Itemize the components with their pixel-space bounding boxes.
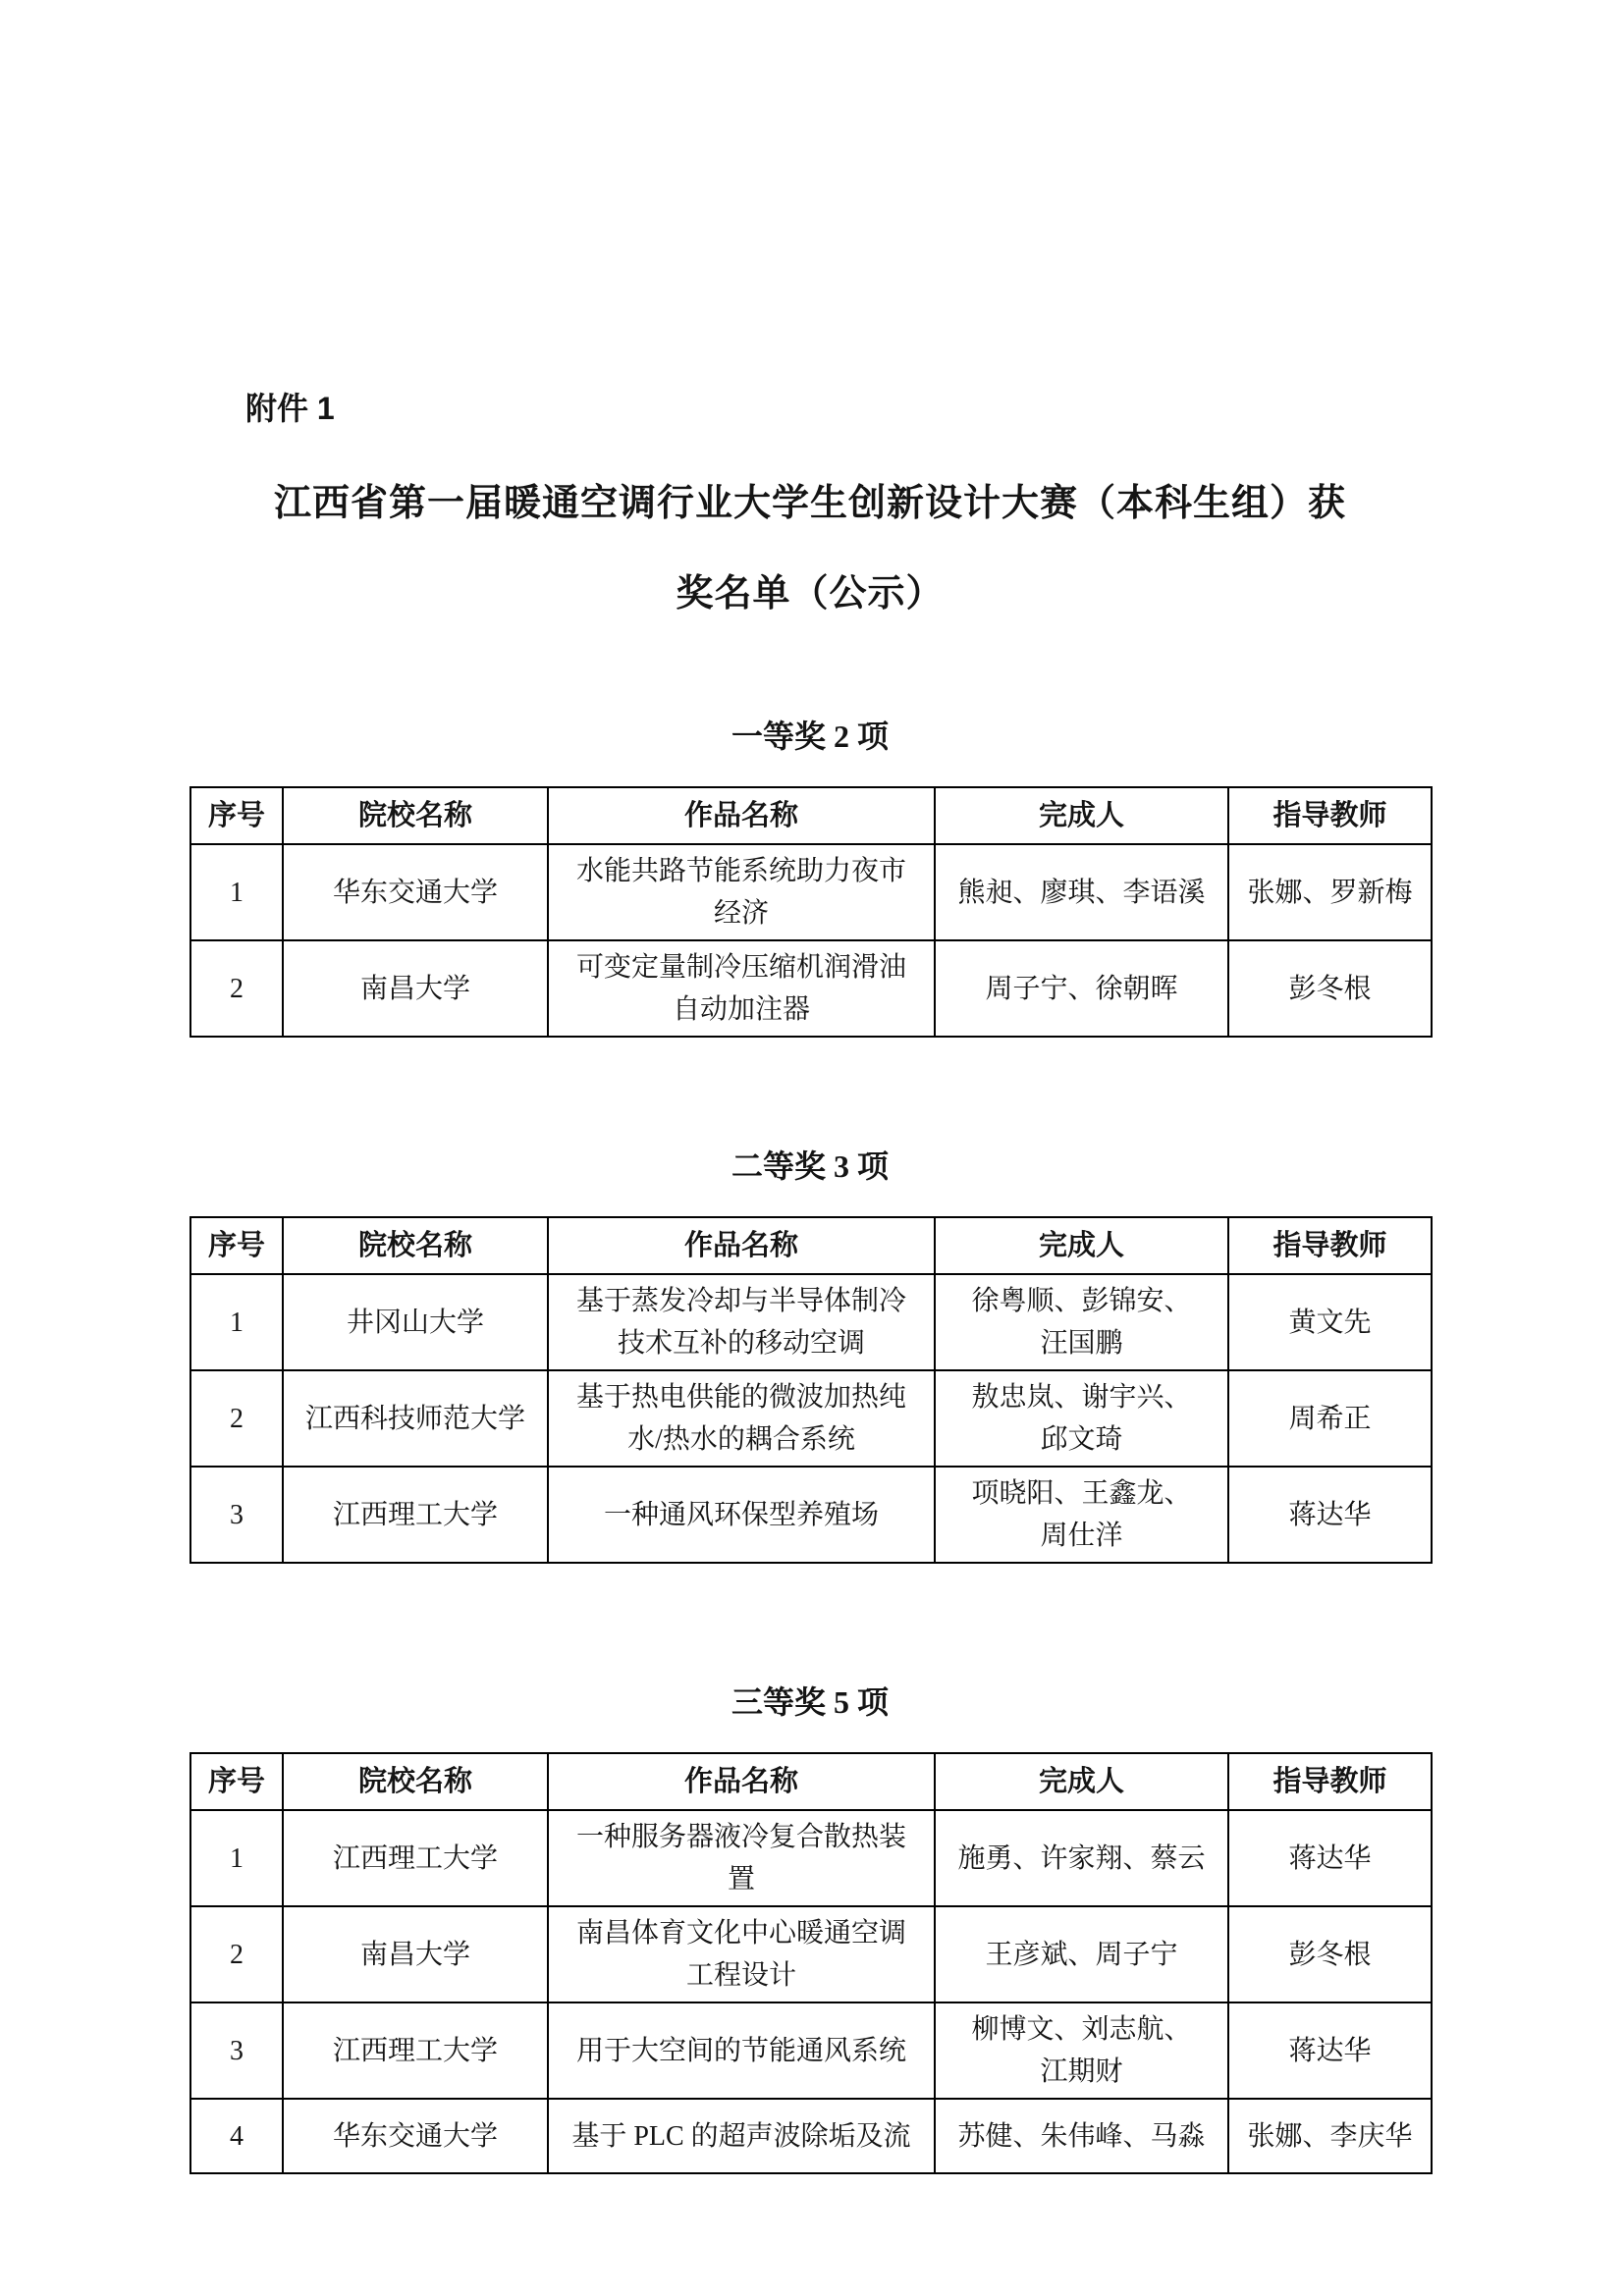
- cell-members: 王彦斌、周子宁: [935, 1906, 1228, 2002]
- table-header-row: 序号 院校名称 作品名称 完成人 指导教师: [190, 1753, 1432, 1810]
- cell-school: 南昌大学: [283, 940, 548, 1037]
- cell-work: 基于 PLC 的超声波除垢及流: [548, 2099, 935, 2173]
- cell-teachers: 张娜、李庆华: [1228, 2099, 1432, 2173]
- third-prize-table: 序号 院校名称 作品名称 完成人 指导教师 1 江西理工大学 一种服务器液冷复合…: [189, 1752, 1433, 2174]
- cell-members: 施勇、许家翔、蔡云: [935, 1810, 1228, 1906]
- cell-school: 江西理工大学: [283, 1467, 548, 1563]
- col-header-teachers: 指导教师: [1228, 1217, 1432, 1274]
- document-title: 江西省第一届暖通空调行业大学生创新设计大赛（本科生组）获 奖名单（公示）: [189, 458, 1431, 639]
- cell-members: 柳博文、刘志航、 江期财: [935, 2002, 1228, 2099]
- col-header-members: 完成人: [935, 787, 1228, 844]
- table-row: 4 华东交通大学 基于 PLC 的超声波除垢及流 苏健、朱伟峰、马淼 张娜、李庆…: [190, 2099, 1432, 2173]
- cell-members: 徐粤顺、彭锦安、 汪国鹏: [935, 1274, 1228, 1370]
- cell-school: 江西科技师范大学: [283, 1370, 548, 1467]
- cell-school: 井冈山大学: [283, 1274, 548, 1370]
- cell-index: 2: [190, 1370, 283, 1467]
- col-header-index: 序号: [190, 1217, 283, 1274]
- cell-work: 南昌体育文化中心暖通空调 工程设计: [548, 1906, 935, 2002]
- cell-teachers: 周希正: [1228, 1370, 1432, 1467]
- document-title-line-2: 奖名单（公示）: [189, 549, 1431, 639]
- cell-teachers: 蒋达华: [1228, 1810, 1432, 1906]
- section-heading-third-prize: 三等奖 5 项: [189, 1680, 1431, 1725]
- cell-index: 2: [190, 1906, 283, 2002]
- col-header-members: 完成人: [935, 1753, 1228, 1810]
- cell-school: 江西理工大学: [283, 1810, 548, 1906]
- cell-index: 1: [190, 844, 283, 940]
- table-row: 2 江西科技师范大学 基于热电供能的微波加热纯 水/热水的耦合系统 敖忠岚、谢宇…: [190, 1370, 1432, 1467]
- col-header-work: 作品名称: [548, 787, 935, 844]
- cell-teachers: 彭冬根: [1228, 1906, 1432, 2002]
- table-header-row: 序号 院校名称 作品名称 完成人 指导教师: [190, 1217, 1432, 1274]
- cell-work: 基于热电供能的微波加热纯 水/热水的耦合系统: [548, 1370, 935, 1467]
- cell-work: 基于蒸发冷却与半导体制冷 技术互补的移动空调: [548, 1274, 935, 1370]
- col-header-work: 作品名称: [548, 1217, 935, 1274]
- cell-index: 2: [190, 940, 283, 1037]
- table-row: 1 江西理工大学 一种服务器液冷复合散热装 置 施勇、许家翔、蔡云 蒋达华: [190, 1810, 1432, 1906]
- cell-work: 水能共路节能系统助力夜市 经济: [548, 844, 935, 940]
- document-title-line-1: 江西省第一届暖通空调行业大学生创新设计大赛（本科生组）获: [189, 458, 1431, 549]
- table-row: 3 江西理工大学 用于大空间的节能通风系统 柳博文、刘志航、 江期财 蒋达华: [190, 2002, 1432, 2099]
- cell-school: 江西理工大学: [283, 2002, 548, 2099]
- col-header-school: 院校名称: [283, 1217, 548, 1274]
- first-prize-table: 序号 院校名称 作品名称 完成人 指导教师 1 华东交通大学 水能共路节能系统助…: [189, 786, 1433, 1038]
- cell-work: 一种服务器液冷复合散热装 置: [548, 1810, 935, 1906]
- section-heading-second-prize: 二等奖 3 项: [189, 1144, 1431, 1189]
- second-prize-table: 序号 院校名称 作品名称 完成人 指导教师 1 井冈山大学 基于蒸发冷却与半导体…: [189, 1216, 1433, 1564]
- cell-work: 可变定量制冷压缩机润滑油 自动加注器: [548, 940, 935, 1037]
- cell-members: 敖忠岚、谢宇兴、 邱文琦: [935, 1370, 1228, 1467]
- col-header-teachers: 指导教师: [1228, 787, 1432, 844]
- cell-members: 熊昶、廖琪、李语溪: [935, 844, 1228, 940]
- table-row: 1 井冈山大学 基于蒸发冷却与半导体制冷 技术互补的移动空调 徐粤顺、彭锦安、 …: [190, 1274, 1432, 1370]
- col-header-index: 序号: [190, 787, 283, 844]
- cell-members: 周子宁、徐朝晖: [935, 940, 1228, 1037]
- col-header-work: 作品名称: [548, 1753, 935, 1810]
- col-header-school: 院校名称: [283, 1753, 548, 1810]
- table-row: 3 江西理工大学 一种通风环保型养殖场 项晓阳、王鑫龙、 周仕洋 蒋达华: [190, 1467, 1432, 1563]
- cell-work: 一种通风环保型养殖场: [548, 1467, 935, 1563]
- attachment-label: 附件 1: [189, 386, 1431, 431]
- col-header-school: 院校名称: [283, 787, 548, 844]
- col-header-index: 序号: [190, 1753, 283, 1810]
- table-row: 2 南昌大学 可变定量制冷压缩机润滑油 自动加注器 周子宁、徐朝晖 彭冬根: [190, 940, 1432, 1037]
- cell-index: 1: [190, 1810, 283, 1906]
- cell-teachers: 蒋达华: [1228, 2002, 1432, 2099]
- cell-index: 3: [190, 1467, 283, 1563]
- section-heading-first-prize: 一等奖 2 项: [189, 714, 1431, 759]
- cell-teachers: 张娜、罗新梅: [1228, 844, 1432, 940]
- cell-members: 苏健、朱伟峰、马淼: [935, 2099, 1228, 2173]
- cell-teachers: 彭冬根: [1228, 940, 1432, 1037]
- col-header-members: 完成人: [935, 1217, 1228, 1274]
- document-page: 附件 1 江西省第一届暖通空调行业大学生创新设计大赛（本科生组）获 奖名单（公示…: [189, 0, 1431, 2174]
- cell-teachers: 黄文先: [1228, 1274, 1432, 1370]
- table-header-row: 序号 院校名称 作品名称 完成人 指导教师: [190, 787, 1432, 844]
- cell-teachers: 蒋达华: [1228, 1467, 1432, 1563]
- col-header-teachers: 指导教师: [1228, 1753, 1432, 1810]
- table-row: 1 华东交通大学 水能共路节能系统助力夜市 经济 熊昶、廖琪、李语溪 张娜、罗新…: [190, 844, 1432, 940]
- cell-school: 南昌大学: [283, 1906, 548, 2002]
- cell-work: 用于大空间的节能通风系统: [548, 2002, 935, 2099]
- cell-members: 项晓阳、王鑫龙、 周仕洋: [935, 1467, 1228, 1563]
- cell-index: 1: [190, 1274, 283, 1370]
- cell-school: 华东交通大学: [283, 2099, 548, 2173]
- cell-school: 华东交通大学: [283, 844, 548, 940]
- cell-index: 3: [190, 2002, 283, 2099]
- table-row: 2 南昌大学 南昌体育文化中心暖通空调 工程设计 王彦斌、周子宁 彭冬根: [190, 1906, 1432, 2002]
- cell-index: 4: [190, 2099, 283, 2173]
